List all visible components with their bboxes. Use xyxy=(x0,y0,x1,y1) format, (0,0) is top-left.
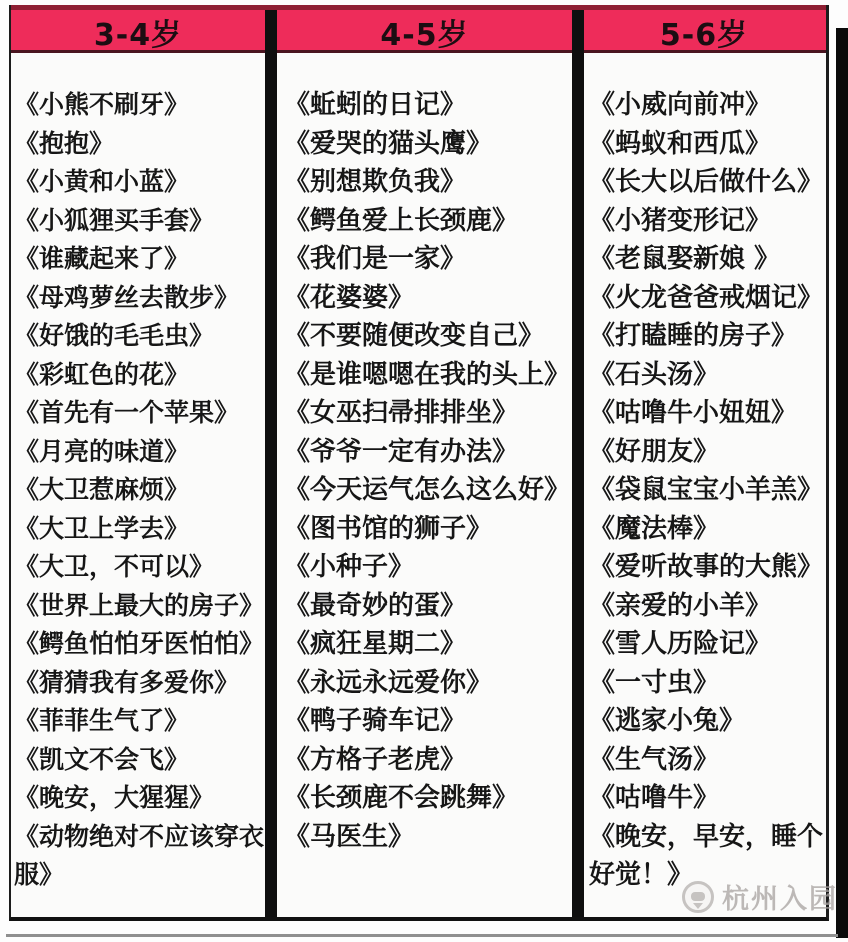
book-title: 《我们是一家》 xyxy=(284,240,572,279)
book-title: 《打瞌睡的房子》 xyxy=(589,317,824,356)
book-title: 《好饿的毛毛虫》 xyxy=(14,317,265,356)
book-title: 《凯文不会飞》 xyxy=(14,741,265,780)
book-title: 《是谁嗯嗯在我的头上》 xyxy=(284,356,572,395)
book-title: 《魔法棒》 xyxy=(589,510,824,549)
book-title: 《首先有一个苹果》 xyxy=(14,394,265,433)
book-title: 《大卫，不可以》 xyxy=(14,548,265,587)
booklist-table: 3-4岁 4-5岁 5-6岁 《小熊不刷牙》《抱抱》《小黄和小蓝》《小狐狸买手套… xyxy=(9,5,829,921)
book-title: 《菲菲生气了》 xyxy=(14,702,265,741)
header-age-3-4: 3-4岁 xyxy=(11,10,265,54)
book-title: 《生气汤》 xyxy=(589,741,824,780)
book-title: 《今天运气怎么这么好》 xyxy=(284,471,572,510)
book-title: 《爷爷一定有办法》 xyxy=(284,433,572,472)
book-title: 《最奇妙的蛋》 xyxy=(284,587,572,626)
watermark: 杭州入园 xyxy=(682,877,838,916)
book-list-5-6: 《小威向前冲》《蚂蚁和西瓜》《长大以后做什么》《小猪变形记》《老鼠娶新娘 》《火… xyxy=(584,53,824,917)
book-title: 《方格子老虎》 xyxy=(284,741,572,780)
book-title: 《咕噜牛小妞妞》 xyxy=(589,394,824,433)
book-title: 《小狐狸买手套》 xyxy=(14,202,265,241)
book-title: 《雪人历险记》 xyxy=(589,625,824,664)
book-title: 《一寸虫》 xyxy=(589,664,824,703)
book-title: 《鸭子骑车记》 xyxy=(284,702,572,741)
book-title: 《爱听故事的大熊》 xyxy=(589,548,824,587)
book-title: 《疯狂星期二》 xyxy=(284,625,572,664)
book-title: 《谁藏起来了》 xyxy=(14,240,265,279)
bottom-shadow-line xyxy=(6,934,838,937)
book-title: 《世界上最大的房子》 xyxy=(14,587,265,626)
book-title: 《母鸡萝丝去散步》 xyxy=(14,279,265,318)
book-title: 《鳄鱼怕怕牙医怕怕》 xyxy=(14,625,265,664)
book-list-3-4: 《小熊不刷牙》《抱抱》《小黄和小蓝》《小狐狸买手套》《谁藏起来了》《母鸡萝丝去散… xyxy=(11,53,265,917)
right-edge-strip xyxy=(836,28,848,938)
book-title: 《月亮的味道》 xyxy=(14,433,265,472)
book-title: 《永远永远爱你》 xyxy=(284,664,572,703)
book-title: 《长颈鹿不会跳舞》 xyxy=(284,779,572,818)
book-title: 《大卫惹麻烦》 xyxy=(14,471,265,510)
book-title: 《小黄和小蓝》 xyxy=(14,163,265,202)
book-title: 《蚂蚁和西瓜》 xyxy=(589,125,824,164)
book-title: 《抱抱》 xyxy=(14,125,265,164)
book-title: 《好朋友》 xyxy=(589,433,824,472)
book-title: 《不要随便改变自己》 xyxy=(284,317,572,356)
book-title: 《大卫上学去》 xyxy=(14,510,265,549)
column-divider xyxy=(265,10,277,54)
book-title: 《猜猜我有多爱你》 xyxy=(14,664,265,703)
header-age-5-6: 5-6岁 xyxy=(584,10,824,54)
megaphone-logo-icon xyxy=(682,881,714,913)
book-title: 《石头汤》 xyxy=(589,356,824,395)
book-title: 《别想欺负我》 xyxy=(284,163,572,202)
header-age-4-5: 4-5岁 xyxy=(277,10,572,54)
book-title: 《长大以后做什么》 xyxy=(589,163,824,202)
book-title: 《小种子》 xyxy=(284,548,572,587)
book-title: 《动物绝对不应该穿衣服》 xyxy=(14,818,265,895)
book-title: 《小熊不刷牙》 xyxy=(14,86,265,125)
book-list-4-5: 《蚯蚓的日记》《爱哭的猫头鹰》《别想欺负我》《鳄鱼爱上长颈鹿》《我们是一家》《花… xyxy=(277,53,572,917)
book-title: 《花婆婆》 xyxy=(284,279,572,318)
book-title: 《老鼠娶新娘 》 xyxy=(589,240,824,279)
column-divider xyxy=(572,10,584,54)
column-divider xyxy=(265,53,277,917)
column-divider xyxy=(572,53,584,917)
book-title: 《彩虹色的花》 xyxy=(14,356,265,395)
book-title: 《亲爱的小羊》 xyxy=(589,587,824,626)
table-header-row: 3-4岁 4-5岁 5-6岁 xyxy=(11,5,826,53)
book-title: 《女巫扫帚排排坐》 xyxy=(284,394,572,433)
book-title: 《咕噜牛》 xyxy=(589,779,824,818)
book-title: 《小猪变形记》 xyxy=(589,202,824,241)
book-title: 《爱哭的猫头鹰》 xyxy=(284,125,572,164)
book-title: 《鳄鱼爱上长颈鹿》 xyxy=(284,202,572,241)
book-title: 《袋鼠宝宝小羊羔》 xyxy=(589,471,824,510)
book-title: 《蚯蚓的日记》 xyxy=(284,86,572,125)
book-title: 《晚安，大猩猩》 xyxy=(14,779,265,818)
table-body: 《小熊不刷牙》《抱抱》《小黄和小蓝》《小狐狸买手套》《谁藏起来了》《母鸡萝丝去散… xyxy=(11,53,826,917)
book-title: 《逃家小兔》 xyxy=(589,702,824,741)
book-title: 《小威向前冲》 xyxy=(589,86,824,125)
book-title: 《火龙爸爸戒烟记》 xyxy=(589,279,824,318)
book-title: 《马医生》 xyxy=(284,818,572,857)
book-title: 《图书馆的狮子》 xyxy=(284,510,572,549)
watermark-text: 杭州入园 xyxy=(722,877,838,916)
